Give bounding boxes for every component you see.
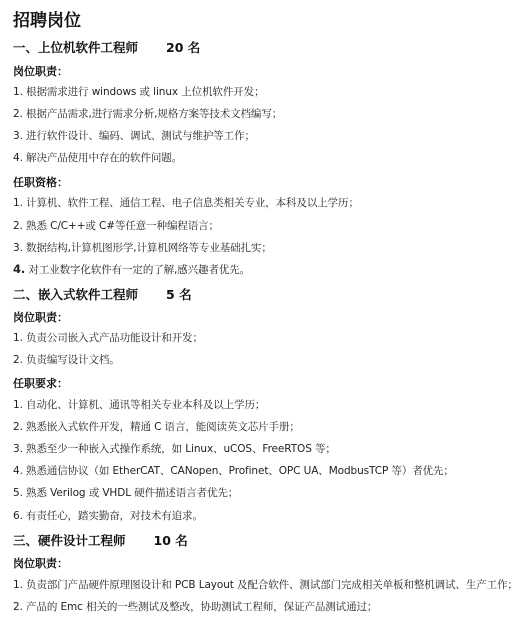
- list-item: 1. 根据需求进行 windows 或 linux 上位机软件开发；: [13, 84, 264, 99]
- section-title: 一、上位机软件工程师: [13, 40, 138, 55]
- list-item: 1. 负责公司嵌入式产品功能设计和开发；: [13, 330, 203, 345]
- list-item: 3. 进行软件设计、编码、调试、测试与维护等工作；: [13, 128, 255, 143]
- list-item: 2. 产品的 Emc 相关的一些测试及整改，协助测试工程师，保证产品测试通过；: [13, 599, 377, 614]
- group-label: 任职资格：: [13, 174, 68, 190]
- list-item: 4. 熟悉通信协议（如 EtherCAT、CANopen、Profinet、OP…: [13, 463, 454, 478]
- headcount: 20 名: [166, 38, 200, 56]
- headcount: 10 名: [154, 531, 188, 549]
- list-item: 6. 有责任心，踏实勤奋，对技术有追求。: [13, 508, 203, 523]
- list-item: 2. 熟悉嵌入式软件开发，精通 C 语言，能阅读英文芯片手册；: [13, 419, 300, 434]
- group-label: 岗位职责：: [13, 555, 68, 571]
- list-item: 1. 负责部门产品硬件原理图设计和 PCB Layout 及配合软件、测试部门完…: [13, 577, 518, 592]
- list-item: 1. 自动化、计算机、通讯等相关专业本科及以上学历；: [13, 397, 265, 412]
- list-item: 3. 熟悉至少一种嵌入式操作系统，如 Linux、uCOS、FreeRTOS 等…: [13, 441, 336, 456]
- section-heading-3: 三、硬件设计工程师10 名: [13, 531, 188, 549]
- group-label: 岗位职责：: [13, 63, 68, 79]
- section-title: 二、嵌入式软件工程师: [13, 287, 138, 302]
- item-text: 对工业数字化软件有一定的了解,感兴趣者优先。: [28, 264, 250, 276]
- item-number: 4.: [13, 262, 25, 276]
- headcount: 5 名: [166, 285, 192, 303]
- list-item: 5. 熟悉 Verilog 或 VHDL 硬件描述语言者优先；: [13, 485, 238, 500]
- list-item: 1. 计算机、软件工程、通信工程、电子信息类相关专业，本科及以上学历；: [13, 195, 359, 210]
- group-label: 任职要求：: [13, 375, 68, 391]
- section-title: 三、硬件设计工程师: [13, 533, 126, 548]
- page-title: 招聘岗位: [13, 6, 81, 31]
- list-item: 4. 对工业数字化软件有一定的了解,感兴趣者优先。: [13, 262, 250, 277]
- list-item: 3. 数据结构,计算机图形学,计算机网络等专业基础扎实；: [13, 240, 272, 255]
- list-item: 2. 熟悉 C/C++或 C#等任意一种编程语言；: [13, 218, 219, 233]
- section-heading-2: 二、嵌入式软件工程师5 名: [13, 285, 192, 303]
- list-item: 4. 解决产品使用中存在的软件问题。: [13, 150, 182, 165]
- list-item: 2. 负责编写设计文档。: [13, 352, 120, 367]
- list-item: 2. 根据产品需求,进行需求分析,规格方案等技术文档编写；: [13, 106, 282, 121]
- section-heading-1: 一、上位机软件工程师20 名: [13, 38, 200, 56]
- group-label: 岗位职责：: [13, 309, 68, 325]
